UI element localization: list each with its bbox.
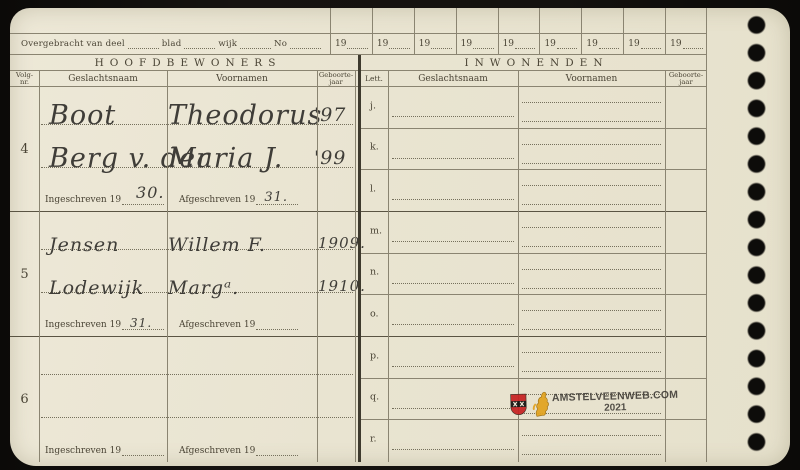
- dotted-fill: [392, 241, 514, 242]
- hoofdbewoners-title: HOOFDBEWONERS: [89, 57, 282, 69]
- dotted-fill: [290, 40, 321, 49]
- dotted-fill: [392, 116, 514, 117]
- dotted-fill: 30.: [122, 196, 164, 205]
- year-cell-label: 19: [670, 39, 681, 49]
- dotted-fill: [240, 40, 271, 49]
- registration-footer: Ingeschreven 1931. Afgeschreven 19: [41, 315, 353, 331]
- row-letter: q.: [370, 392, 379, 403]
- table-line: [317, 71, 318, 462]
- year-cell: 19: [456, 34, 498, 54]
- dotted-fill: [522, 246, 661, 247]
- dotted-fill: [347, 40, 367, 49]
- year-cell-label: 19: [377, 39, 388, 49]
- dotted-fill: [522, 144, 661, 145]
- dotted-fill: [522, 204, 661, 205]
- row-letter: k.: [370, 142, 379, 153]
- table-line: [388, 71, 389, 462]
- overgebracht-label: Overgebracht van deel: [21, 39, 125, 49]
- hoofdbewoners-body: 4 Boot Theodorus '97 Berg v. der Maria J…: [10, 87, 360, 462]
- inwonenden-row: o.: [360, 295, 707, 337]
- dotted-fill: [557, 40, 577, 49]
- inwonenden-row: k.: [360, 129, 707, 171]
- binder-holes: [746, 12, 767, 458]
- year-cell-label: 19: [628, 39, 639, 49]
- inwonenden-row: r.: [360, 420, 707, 462]
- year-cell: 19: [414, 34, 456, 54]
- dotted-fill: [522, 352, 661, 353]
- entry-line-2: Lodewijk Margᵃ. 1910.: [41, 250, 353, 293]
- blank-year-cell: [414, 8, 456, 33]
- birthyear-handwriting: '99: [314, 147, 346, 169]
- year-cell: 19: [665, 34, 707, 54]
- dotted-fill: [522, 454, 661, 455]
- dotted-fill: [128, 40, 159, 49]
- dotted-fill: [522, 371, 661, 372]
- entry-line-1: [41, 337, 353, 375]
- dotted-fill: 31.: [122, 321, 164, 330]
- dotted-fill: [392, 283, 514, 284]
- dotted-fill: [522, 121, 661, 122]
- dotted-fill: [473, 40, 493, 49]
- dotted-fill: [522, 185, 661, 186]
- column-header-volgnr: Volg- nr.: [10, 71, 39, 86]
- no-label: No: [274, 39, 287, 49]
- dotted-fill: [256, 447, 298, 456]
- hoofdbewoners-group: 4 Boot Theodorus '97 Berg v. der Maria J…: [10, 87, 360, 212]
- dotted-fill: [431, 40, 451, 49]
- row-letter: r.: [370, 434, 377, 445]
- group-number: 5: [10, 212, 39, 336]
- entry-line-1: Jensen Willem F. 1909.: [41, 212, 353, 250]
- entry-line-2: [41, 375, 353, 418]
- dotted-fill: [599, 40, 619, 49]
- surname-handwriting: Lodewijk: [49, 277, 144, 299]
- dotted-fill: [392, 366, 514, 367]
- dotted-fill: [522, 288, 661, 289]
- dotted-fill: [184, 40, 215, 49]
- registration-footer: Ingeschreven 19 Afgeschreven 19: [41, 441, 353, 457]
- row-letter: o.: [370, 308, 379, 319]
- ingeschreven-value: 31.: [130, 316, 152, 330]
- inwonenden-row: m.: [360, 212, 707, 254]
- hoofdbewoners-group: 6 Ingeschreven 19: [10, 337, 360, 462]
- afgeschreven-value: 31.: [264, 190, 288, 205]
- firstnames-handwriting: Maria J.: [168, 143, 283, 174]
- ingeschreven-label: Ingeschreven 19: [45, 320, 121, 330]
- dotted-fill: [641, 40, 661, 49]
- inwonenden-row: j.: [360, 87, 707, 129]
- year-cell: 19: [539, 34, 581, 54]
- entry-line-2: Berg v. der Maria J. '99: [41, 125, 353, 168]
- afgeschreven-label: Afgeschreven 19: [179, 320, 255, 330]
- register-card: Overgebracht van deel blad wijk No 19 19…: [10, 8, 790, 466]
- ingeschreven-label: Ingeschreven 19: [45, 446, 121, 456]
- row-letter: n.: [370, 267, 379, 278]
- entry-line-1: Boot Theodorus '97: [41, 87, 353, 125]
- year-cell: 19: [623, 34, 665, 54]
- inwonenden-row: n.: [360, 254, 707, 296]
- dotted-fill: [122, 447, 164, 456]
- wijk-label: wijk: [218, 39, 237, 49]
- inwonenden-row: p.: [360, 337, 707, 379]
- row-letter: p.: [370, 350, 379, 361]
- column-header-geboortejaar: Geboorte- jaar: [317, 71, 355, 86]
- blank-year-cell: [581, 8, 623, 33]
- year-cell-label: 19: [503, 39, 514, 49]
- year-cell: 19: [372, 34, 414, 54]
- year-cell: 19: [581, 34, 623, 54]
- table-line: [355, 71, 356, 462]
- dotted-fill: [392, 408, 514, 409]
- year-cell-label: 19: [419, 39, 430, 49]
- dotted-fill: [522, 435, 661, 436]
- table-line: [167, 71, 168, 462]
- dotted-fill: [522, 227, 661, 228]
- ingeschreven-label: Ingeschreven 19: [45, 195, 121, 205]
- row-letter: m.: [370, 225, 382, 236]
- year-cell: 19: [498, 34, 540, 54]
- blank-year-cell: [456, 8, 498, 33]
- row-letter: j.: [370, 100, 376, 111]
- scan-background: Overgebracht van deel blad wijk No 19 19…: [0, 0, 800, 470]
- dotted-fill: [392, 199, 514, 200]
- dotted-fill: 31.: [256, 196, 298, 205]
- birthyear-handwriting: '97: [314, 104, 346, 126]
- table-line: [39, 71, 40, 462]
- blank-year-cell: [330, 8, 372, 33]
- ingeschreven-value: 30.: [136, 183, 164, 202]
- hoofdbewoners-group: 5 Jensen Willem F. 1909. Lodewijk Margᵃ.…: [10, 212, 360, 337]
- center-divider: [358, 55, 361, 462]
- firstnames-handwriting: Margᵃ.: [168, 277, 239, 299]
- inwonenden-row: l.: [360, 170, 707, 212]
- dotted-fill: [515, 40, 535, 49]
- blank-year-cell: [623, 8, 665, 33]
- column-header-geslachtsnaam: Geslachtsnaam: [39, 71, 167, 86]
- lion-icon: [530, 390, 550, 417]
- top-left-blank: [10, 8, 330, 33]
- top-blank-row: [10, 8, 707, 34]
- year-cell-label: 19: [461, 39, 472, 49]
- blank-year-cell: [372, 8, 414, 33]
- afgeschreven-label: Afgeschreven 19: [179, 195, 255, 205]
- dotted-fill: [522, 269, 661, 270]
- column-header-geslachtsnaam-right: Geslachtsnaam: [388, 71, 518, 86]
- blank-year-cell: [665, 8, 707, 33]
- blank-year-cell: [539, 8, 581, 33]
- blank-year-cell: [498, 8, 540, 33]
- dotted-fill: [389, 40, 409, 49]
- column-header-lett: Lett.: [360, 71, 388, 86]
- dotted-fill: [522, 163, 661, 164]
- dotted-fill: [522, 329, 661, 330]
- dotted-fill: [522, 102, 661, 103]
- year-cell: 19: [330, 34, 372, 54]
- dotted-fill: [392, 449, 514, 450]
- registration-footer: Ingeschreven 1930. Afgeschreven 1931.: [41, 190, 353, 206]
- blad-label: blad: [162, 39, 182, 49]
- year-cell-label: 19: [586, 39, 597, 49]
- table-right-edge: [706, 8, 707, 462]
- dotted-fill: [392, 324, 514, 325]
- overgebracht-label-row: Overgebracht van deel blad wijk No: [10, 34, 330, 54]
- shield-icon: [510, 393, 528, 416]
- watermark-year: 2021: [604, 402, 627, 414]
- group-number: 6: [10, 337, 39, 462]
- year-cell-label: 19: [335, 39, 346, 49]
- afgeschreven-label: Afgeschreven 19: [179, 446, 255, 456]
- overgebracht-row: Overgebracht van deel blad wijk No 19 19…: [10, 34, 707, 55]
- row-letter: l.: [370, 184, 376, 195]
- group-number: 4: [10, 87, 39, 211]
- watermark: AMSTELVEENWEB.COM 2021: [510, 387, 679, 418]
- dotted-fill: [392, 158, 514, 159]
- inwonenden-title: INWONENDEN: [458, 57, 608, 69]
- column-header-voornamen-right: Voornamen: [518, 71, 665, 86]
- dotted-fill: [256, 321, 298, 330]
- column-header-geboortejaar-right: Geboorte- jaar: [665, 71, 707, 86]
- dotted-fill: [522, 310, 661, 311]
- dotted-fill: [683, 40, 703, 49]
- column-header-voornamen: Voornamen: [167, 71, 317, 86]
- year-cell-label: 19: [544, 39, 555, 49]
